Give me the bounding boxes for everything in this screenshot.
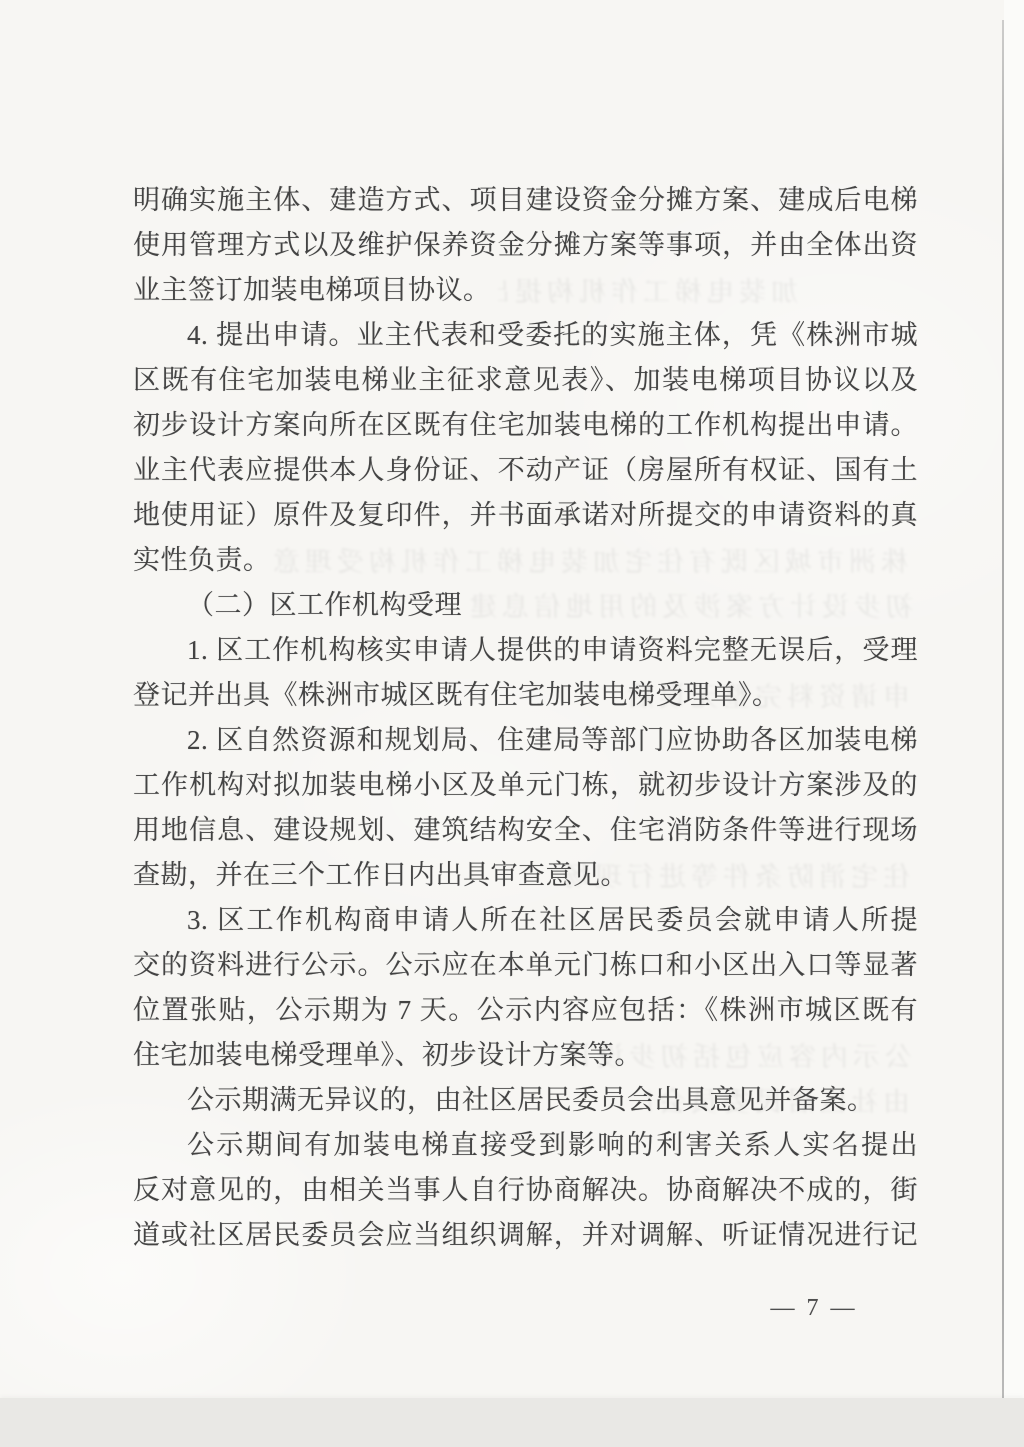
document-line: 查勘，并在三个工作日内出具审查意见。 bbox=[133, 853, 918, 898]
scanner-bed-shadow bbox=[0, 1398, 1024, 1447]
document-line: 1. 区工作机构核实申请人提供的申请资料完整无误后，受理 bbox=[133, 628, 918, 673]
document-line: （二）区工作机构受理 bbox=[133, 583, 918, 628]
document-line: 道或社区居民委员会应当组织调解，并对调解、听证情况进行记 bbox=[133, 1213, 918, 1258]
document-line: 使用管理方式以及维护保养资金分摊方案等事项，并由全体出资 bbox=[133, 223, 918, 268]
scan-right-margin bbox=[1004, 0, 1024, 1398]
text-block: 明确实施主体、建造方式、项目建设资金分摊方案、建成后电梯使用管理方式以及维护保养… bbox=[133, 178, 918, 1258]
document-line: 区既有住宅加装电梯业主征求意见表》、加装电梯项目协议以及 bbox=[133, 358, 918, 403]
document-line: 用地信息、建设规划、建筑结构安全、住宅消防条件等进行现场 bbox=[133, 808, 918, 853]
scan-edge-line bbox=[1002, 20, 1004, 1398]
document-line: 业主签订加装电梯项目协议。 bbox=[133, 268, 918, 313]
document-line: 2. 区自然资源和规划局、住建局等部门应协助各区加装电梯 bbox=[133, 718, 918, 763]
document-line: 业主代表应提供本人身份证、不动产证（房屋所有权证、国有土 bbox=[133, 448, 918, 493]
document-line: 实性负责。 bbox=[133, 538, 918, 583]
scanned-page: 加装电梯工作机构提出申请区既株洲市城区既有住宅加装电梯工作机构受理意见方案初步设… bbox=[0, 0, 1024, 1447]
document-line: 工作机构对拟加装电梯小区及单元门栋，就初步设计方案涉及的 bbox=[133, 763, 918, 808]
document-line: 反对意见的，由相关当事人自行协商解决。协商解决不成的，街 bbox=[133, 1168, 918, 1213]
document-line: 住宅加装电梯受理单》、初步设计方案等。 bbox=[133, 1033, 918, 1078]
document-line: 公示期满无异议的，由社区居民委员会出具意见并备案。 bbox=[133, 1078, 918, 1123]
document-line: 3. 区工作机构商申请人所在社区居民委员会就申请人所提 bbox=[133, 898, 918, 943]
document-line: 位置张贴，公示期为 7 天。公示内容应包括：《株洲市城区既有 bbox=[133, 988, 918, 1033]
document-line: 4. 提出申请。业主代表和受委托的实施主体，凭《株洲市城 bbox=[133, 313, 918, 358]
document-line: 初步设计方案向所在区既有住宅加装电梯的工作机构提出申请。 bbox=[133, 403, 918, 448]
document-line: 交的资料进行公示。公示应在本单元门栋口和小区出入口等显著 bbox=[133, 943, 918, 988]
document-line: 地使用证）原件及复印件，并书面承诺对所提交的申请资料的真 bbox=[133, 493, 918, 538]
document-line: 登记并出具《株洲市城区既有住宅加装电梯受理单》。 bbox=[133, 673, 918, 718]
page-number: — 7 — bbox=[754, 1294, 874, 1322]
document-line: 公示期间有加装电梯直接受到影响的利害关系人实名提出 bbox=[133, 1123, 918, 1168]
document-line: 明确实施主体、建造方式、项目建设资金分摊方案、建成后电梯 bbox=[133, 178, 918, 223]
